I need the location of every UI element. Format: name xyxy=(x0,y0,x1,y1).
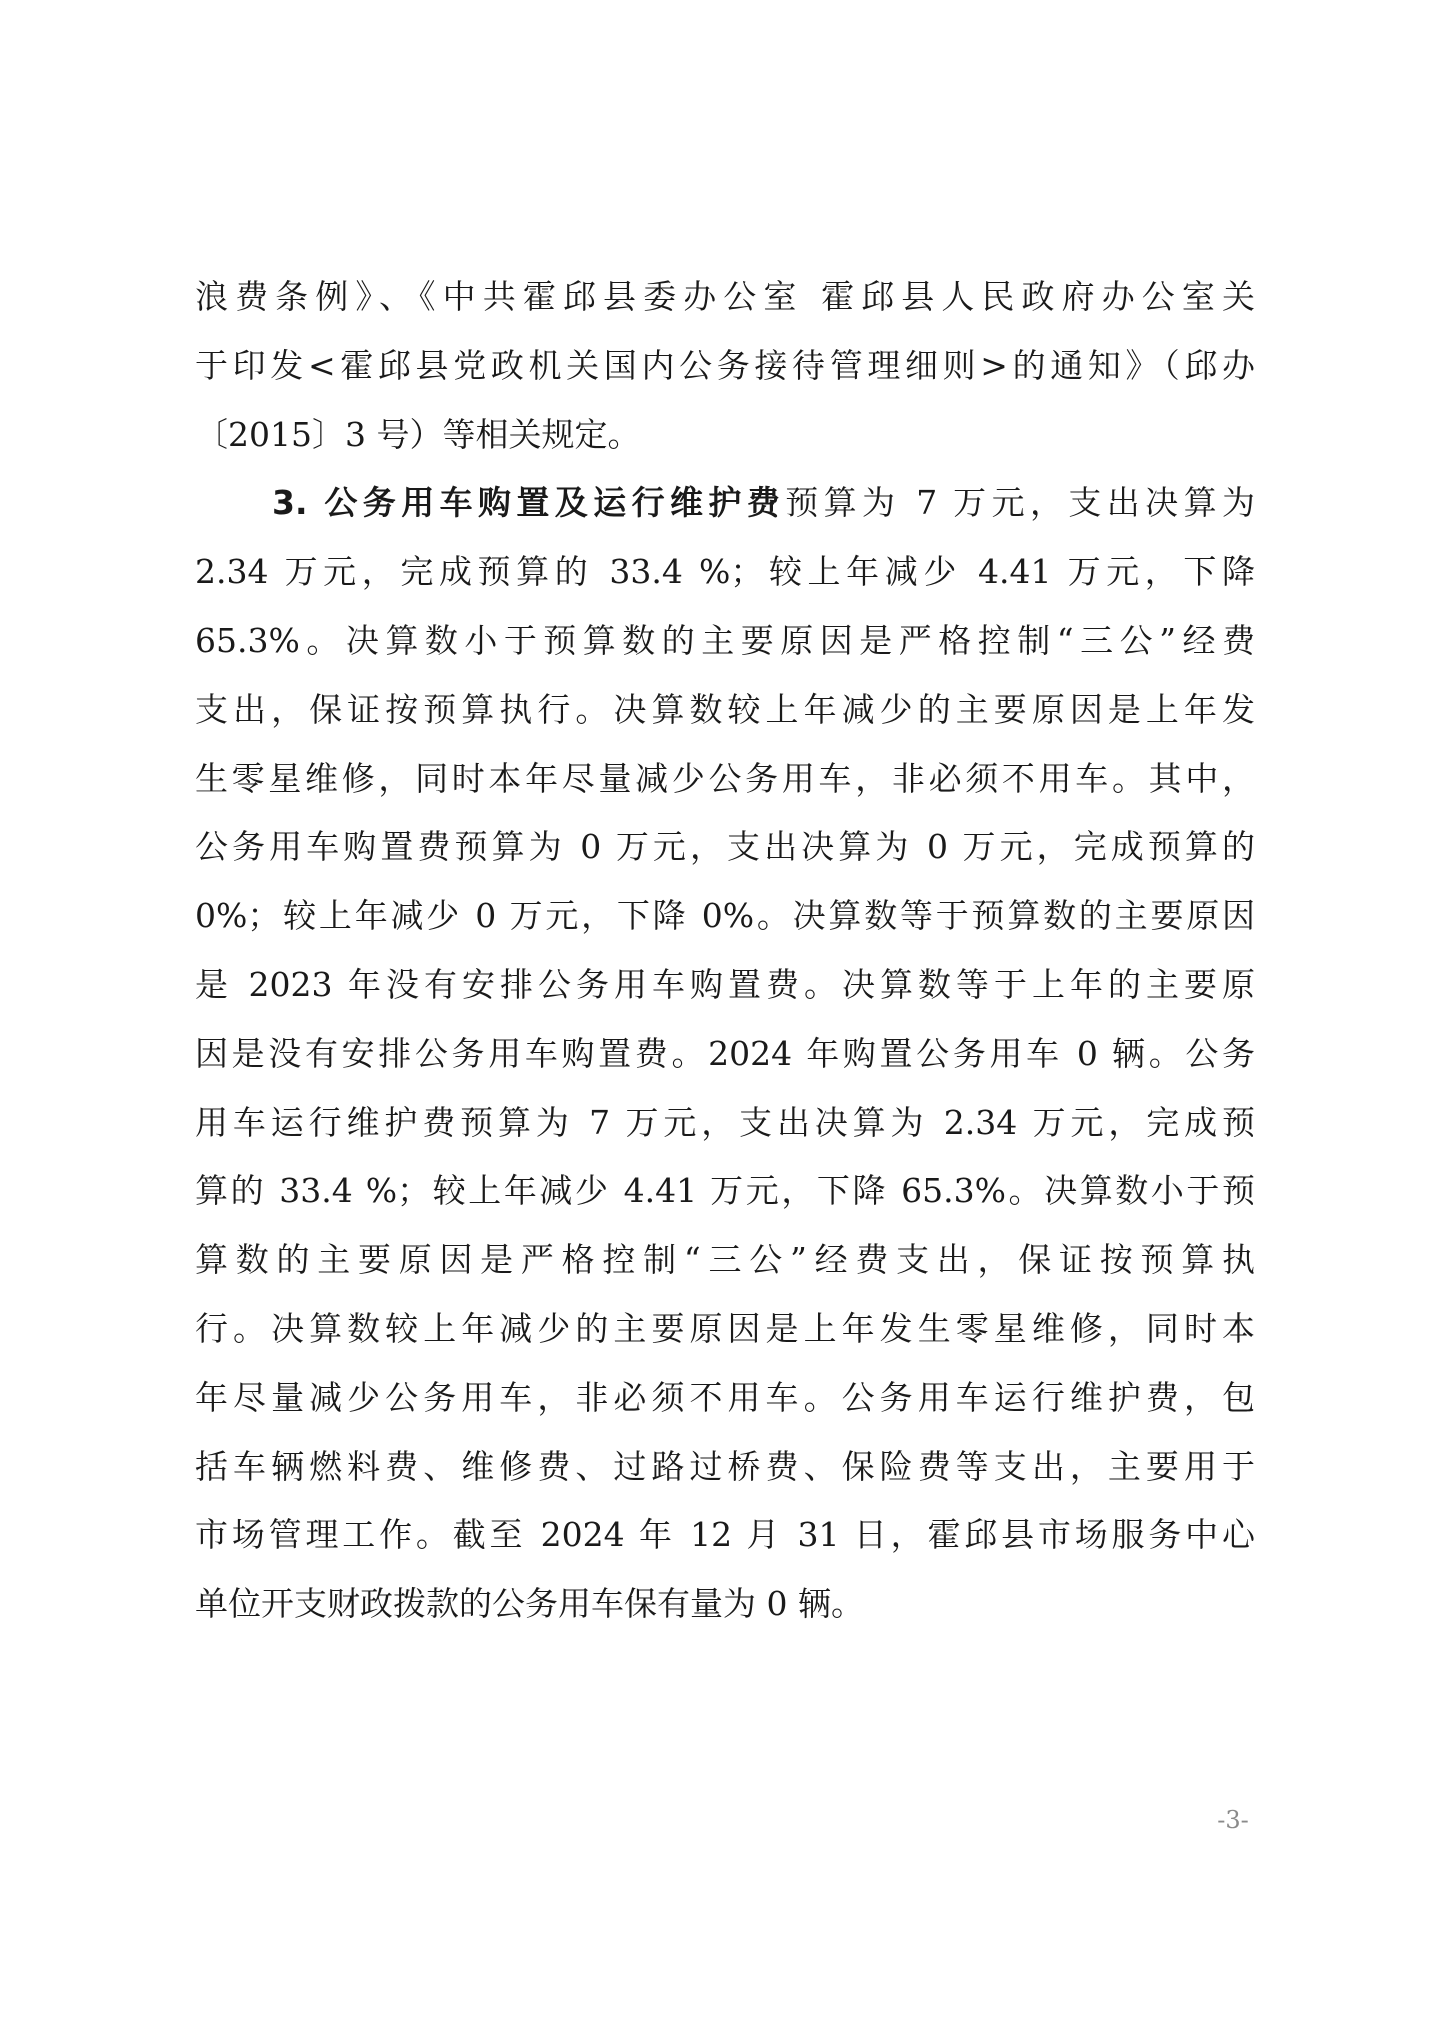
body-text: 浪费条例》、《中共霍邱县委办公室 霍邱县人民政府办公室关 于印发<霍邱县党政机关… xyxy=(195,263,1255,1639)
text-line-20: 单位开支财政拨款的公务用车保有量为 0 辆。 xyxy=(195,1570,1255,1639)
text-line-18: 括车辆燃料费、维修费、过路过桥费、保险费等支出，主要用于 xyxy=(195,1433,1255,1502)
text-line-14: 算的 33.4 %；较上年减少 4.41 万元，下降 65.3%。决算数小于预 xyxy=(195,1157,1255,1226)
text-line-3: 〔2015〕3 号）等相关规定。 xyxy=(195,401,1255,470)
text-line-12: 因是没有安排公务用车购置费。2024 年购置公务用车 0 辆。公务 xyxy=(195,1020,1255,1089)
text-line-13: 用车运行维护费预算为 7 万元，支出决算为 2.34 万元，完成预 xyxy=(195,1089,1255,1158)
text-line-8: 生零星维修，同时本年尽量减少公务用车，非必须不用车。其中， xyxy=(195,745,1255,814)
text-line-5: 2.34 万元，完成预算的 33.4 %；较上年减少 4.41 万元，下降 xyxy=(195,538,1255,607)
page-number: -3- xyxy=(1210,1806,1256,1834)
section-paragraph-start: 3. 公务用车购置及运行维护费预算为 7 万元，支出决算为 xyxy=(195,469,1255,538)
text-line-11: 是 2023 年没有安排公务用车购置费。决算数等于上年的主要原 xyxy=(195,951,1255,1020)
text-line-4: 预算为 7 万元，支出决算为 xyxy=(785,483,1255,522)
document-page: 浪费条例》、《中共霍邱县委办公室 霍邱县人民政府办公室关 于印发<霍邱县党政机关… xyxy=(0,0,1440,2037)
text-line-19: 市场管理工作。截至 2024 年 12 月 31 日，霍邱县市场服务中心 xyxy=(195,1501,1255,1570)
text-line-10: 0%；较上年减少 0 万元，下降 0%。决算数等于预算数的主要原因 xyxy=(195,882,1255,951)
text-line-7: 支出，保证按预算执行。决算数较上年减少的主要原因是上年发 xyxy=(195,676,1255,745)
text-line-1: 浪费条例》、《中共霍邱县委办公室 霍邱县人民政府办公室关 xyxy=(195,263,1255,332)
text-line-16: 行。决算数较上年减少的主要原因是上年发生零星维修，同时本 xyxy=(195,1295,1255,1364)
text-line-15: 算数的主要原因是严格控制“三公”经费支出，保证按预算执 xyxy=(195,1226,1255,1295)
text-line-9: 公务用车购置费预算为 0 万元，支出决算为 0 万元，完成预算的 xyxy=(195,813,1255,882)
text-line-2: 于印发<霍邱县党政机关国内公务接待管理细则>的通知》（邱办 xyxy=(195,332,1255,401)
text-line-6: 65.3%。决算数小于预算数的主要原因是严格控制“三公”经费 xyxy=(195,607,1255,676)
section-heading: 3. 公务用车购置及运行维护费 xyxy=(272,483,785,522)
text-line-17: 年尽量减少公务用车，非必须不用车。公务用车运行维护费，包 xyxy=(195,1364,1255,1433)
